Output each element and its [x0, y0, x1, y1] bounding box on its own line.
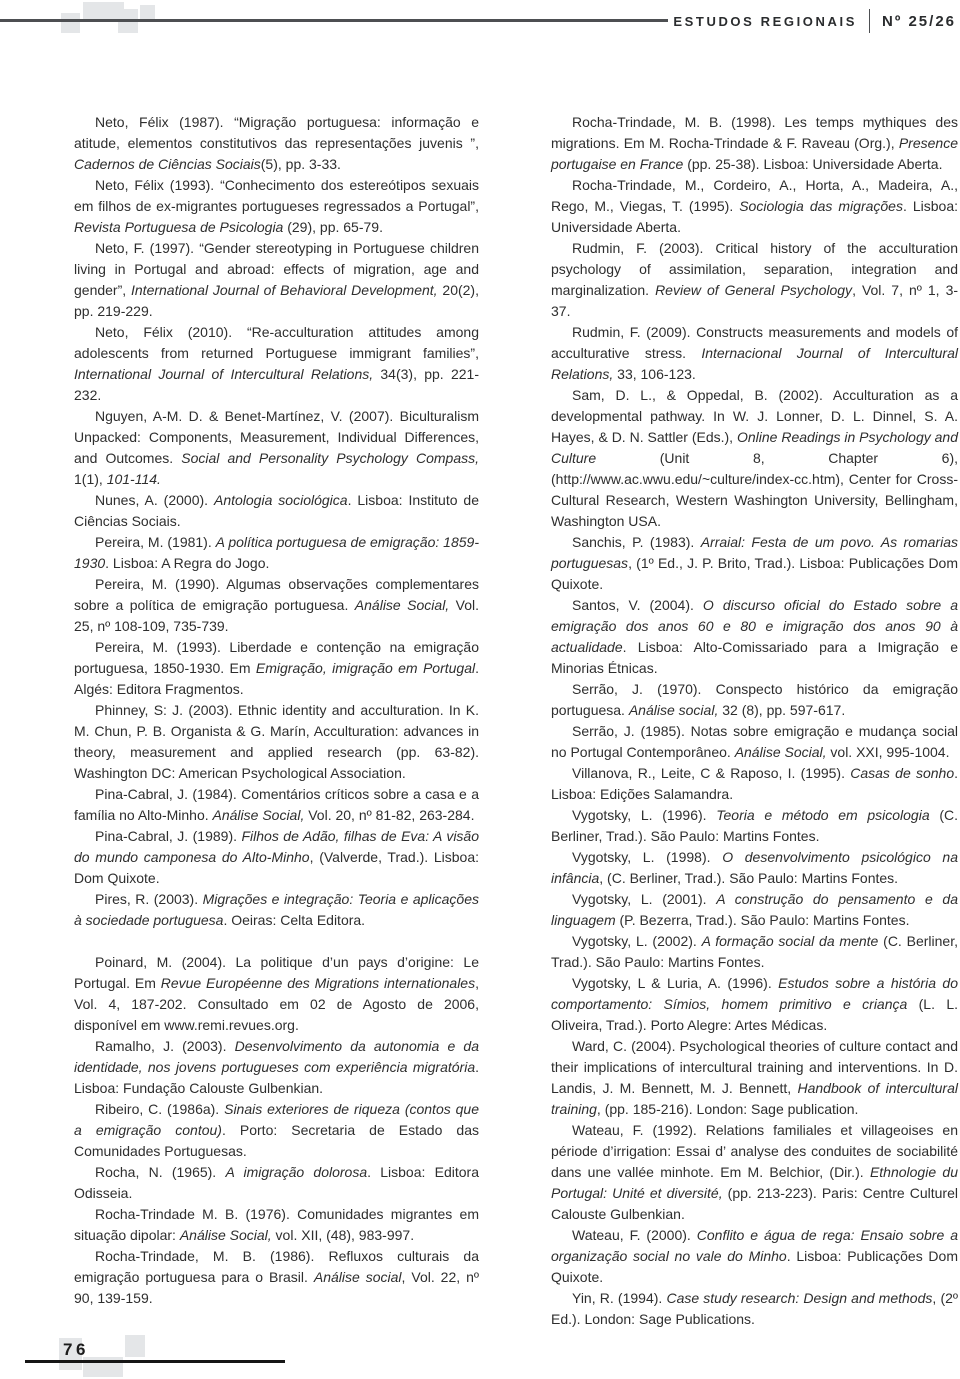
- reference-entry: Yin, R. (1994). Case study research: Des…: [551, 1288, 958, 1330]
- reference-text-segment: Ribeiro, C. (1986a).: [95, 1101, 224, 1117]
- reference-entry: Pires, R. (2003). Migrações e integração…: [74, 889, 479, 931]
- reference-title-segment: Análise Social,: [213, 807, 305, 823]
- reference-entry: Vygotsky, L. (2002). A formação social d…: [551, 931, 958, 973]
- page-number: 76: [63, 1340, 89, 1360]
- reference-entry: Rocha-Trindade M. B. (1976). Comunidades…: [74, 1204, 479, 1246]
- reference-entry: Poinard, M. (2004). La politique d’un pa…: [74, 952, 479, 1036]
- header-rule: [0, 19, 668, 22]
- reference-entry: Rocha, N. (1965). A imigração dolorosa. …: [74, 1162, 479, 1204]
- reference-text-segment: vol. XII, (48), 983-997.: [272, 1227, 414, 1243]
- reference-entry: Ribeiro, C. (1986a). Sinais exteriores d…: [74, 1099, 479, 1162]
- reference-text-segment: Vygotsky, L. (2002).: [572, 933, 702, 949]
- reference-entry: Pereira, M. (1981). A política portugues…: [74, 532, 479, 574]
- reference-entry: Vygotsky, L & Luria, A. (1996). Estudos …: [551, 973, 958, 1036]
- reference-entry: Neto, F. (1997). “Gender stereotyping in…: [74, 238, 479, 322]
- reference-title-segment: Análise Social,: [735, 744, 827, 760]
- reference-text-segment: vol. XXI, 995-1004.: [827, 744, 950, 760]
- reference-text-segment: Rocha, N. (1965).: [95, 1164, 225, 1180]
- reference-text-segment: Yin, R. (1994).: [572, 1290, 666, 1306]
- reference-text-segment: 32 (8), pp. 597-617.: [718, 702, 845, 718]
- reference-text-segment: (5), pp. 3-33.: [261, 156, 341, 172]
- reference-entry: Ward, C. (2004). Psychological theories …: [551, 1036, 958, 1120]
- reference-entry: Wateau, F. (1992). Relations familiales …: [551, 1120, 958, 1225]
- reference-title-segment: Análise Social,: [355, 597, 449, 613]
- reference-title-segment: Análise social,: [629, 702, 719, 718]
- reference-entry: Santos, V. (2004). O discurso oficial do…: [551, 595, 958, 679]
- reference-title-segment: Case study research: Design and methods: [666, 1290, 932, 1306]
- reference-title-segment: Análise social: [314, 1269, 402, 1285]
- reference-text-segment: Neto, Félix (2010). “Re-acculturation at…: [74, 324, 479, 361]
- reference-text-segment: 1(1),: [74, 471, 107, 487]
- journal-title: ESTUDOS REGIONAIS: [673, 14, 857, 29]
- reference-text-segment: Pina-Cabral, J. (1989).: [95, 828, 241, 844]
- reference-title-segment: Review of General Psychology: [655, 282, 852, 298]
- reference-text-segment: Vygotsky, L & Luria, A. (1996).: [572, 975, 778, 991]
- reference-text-segment: Neto, Félix (1987). “Migração portuguesa…: [74, 114, 479, 151]
- reference-text-segment: Vygotsky, L. (1998).: [572, 849, 722, 865]
- reference-title-segment: Social and Personality Psychology Compas…: [181, 450, 479, 466]
- reference-title-segment: A formação social da mente: [702, 933, 879, 949]
- reference-entry: Neto, Félix (1993). “Conhecimento dos es…: [74, 175, 479, 238]
- reference-text-segment: (Unit 8, Chapter 6), (http://www.ac.wwu.…: [551, 450, 958, 529]
- reference-entry: Serrão, J. (1985). Notas sobre emigração…: [551, 721, 958, 763]
- reference-text-segment: (P. Bezerra, Trad.). São Paulo: Martins …: [616, 912, 910, 928]
- reference-text-segment: (pp. 25-38). Lisboa: Universidade Aberta…: [683, 156, 942, 172]
- reference-entry: Rudmin, F. (2009). Constructs measuremen…: [551, 322, 958, 385]
- reference-entry: Neto, Félix (2010). “Re-acculturation at…: [74, 322, 479, 406]
- reference-entry: Sanchis, P. (1983). Arraial: Festa de um…: [551, 532, 958, 595]
- reference-entry: Rudmin, F. (2003). Critical history of t…: [551, 238, 958, 322]
- reference-entry: Vygotsky, L. (2001). A construção do pen…: [551, 889, 958, 931]
- reference-title-segment: 101-114.: [107, 471, 161, 487]
- reference-title-segment: A imigração dolorosa: [225, 1164, 367, 1180]
- reference-text-segment: (29), pp. 65-79.: [283, 219, 383, 235]
- header-separator: [869, 9, 870, 33]
- reference-entry: Rocha-Trindade, M. B. (1998). Les temps …: [551, 112, 958, 175]
- reference-entry: Rocha-Trindade, M. B. (1986). Refluxos c…: [74, 1246, 479, 1309]
- reference-text-segment: . Lisboa: A Regra do Jogo.: [105, 555, 269, 571]
- reference-entry: Wateau, F. (2000). Conflito e água de re…: [551, 1225, 958, 1288]
- reference-entry: Sam, D. L., & Oppedal, B. (2002). Accult…: [551, 385, 958, 532]
- reference-text-segment: Villanova, R., Leite, C & Raposo, I. (19…: [572, 765, 850, 781]
- decor-square: [124, 9, 138, 19]
- reference-title-segment: Revista Portuguesa de Psicologia: [74, 219, 283, 235]
- reference-entry: Pereira, M. (1993). Liberdade e contençã…: [74, 637, 479, 700]
- reference-title-segment: Sociologia das migrações: [739, 198, 903, 214]
- reference-text-segment: . Oeiras: Celta Editora.: [223, 912, 365, 928]
- references-column-left: Neto, Félix (1987). “Migração portuguesa…: [74, 112, 479, 1309]
- reference-title-segment: Cadernos de Ciências Sociais: [74, 156, 261, 172]
- reference-entry: Pina-Cabral, J. (1984). Comentários crít…: [74, 784, 479, 826]
- reference-entry: Villanova, R., Leite, C & Raposo, I. (19…: [551, 763, 958, 805]
- reference-title-segment: Casas de sonho: [850, 765, 954, 781]
- reference-title-segment: Emigração, imigração em Portugal: [256, 660, 475, 676]
- reference-text-segment: Neto, Félix (1993). “Conhecimento dos es…: [74, 177, 479, 214]
- reference-entry: Serrão, J. (1970). Conspecto histórico d…: [551, 679, 958, 721]
- decor-square: [125, 1335, 145, 1357]
- reference-title-segment: Revue Européenne des Migrations internat…: [161, 975, 475, 991]
- reference-title-segment: Antologia sociológica: [214, 492, 348, 508]
- issue-number: Nº 25/26: [882, 13, 956, 30]
- reference-text-segment: Phinney, S: J. (2003). Ethnic identity a…: [74, 702, 479, 781]
- reference-text-segment: Ramalho, J. (2003).: [95, 1038, 235, 1054]
- reference-text-segment: , (pp. 185-216). London: Sage publicatio…: [597, 1101, 859, 1117]
- reference-entry: Vygotsky, L. (1996). Teoria e método em …: [551, 805, 958, 847]
- reference-entry: Nguyen, A-M. D. & Benet-Martínez, V. (20…: [74, 406, 479, 490]
- reference-entry: Nunes, A. (2000). Antologia sociológica.…: [74, 490, 479, 532]
- reference-entry: Pina-Cabral, J. (1989). Filhos de Adão, …: [74, 826, 479, 889]
- reference-text-segment: Wateau, F. (2000).: [572, 1227, 697, 1243]
- reference-text-segment: 33, 106-123.: [613, 366, 696, 382]
- reference-text-segment: Pires, R. (2003).: [95, 891, 203, 907]
- reference-title-segment: International Journal of Behavioral Deve…: [131, 282, 438, 298]
- reference-entry: Vygotsky, L. (1998). O desenvolvimento p…: [551, 847, 958, 889]
- header-text: ESTUDOS REGIONAIS Nº 25/26: [673, 8, 956, 34]
- reference-title-segment: International Journal of Intercultural R…: [74, 366, 373, 382]
- references-column-right: Rocha-Trindade, M. B. (1998). Les temps …: [551, 112, 958, 1330]
- reference-text-segment: Santos, V. (2004).: [572, 597, 703, 613]
- reference-title-segment: Análise Social,: [180, 1227, 272, 1243]
- decor-square: [83, 2, 124, 19]
- reference-entry: Pereira, M. (1990). Algumas observações …: [74, 574, 479, 637]
- reference-text-segment: Rocha-Trindade, M. B. (1998). Les temps …: [551, 114, 958, 151]
- reference-title-segment: Teoria e método em psicologia: [716, 807, 929, 823]
- decor-square: [140, 5, 155, 19]
- reference-entry: Neto, Félix (1987). “Migração portuguesa…: [74, 112, 479, 175]
- reference-entry: Ramalho, J. (2003). Desenvolvimento da a…: [74, 1036, 479, 1099]
- reference-text-segment: Vol. 20, nº 81-82, 263-284.: [304, 807, 474, 823]
- reference-text-segment: Sanchis, P. (1983).: [572, 534, 701, 550]
- reference-text-segment: , (C. Berliner, Trad.). São Paulo: Marti…: [599, 870, 898, 886]
- reference-entry: Phinney, S: J. (2003). Ethnic identity a…: [74, 700, 479, 784]
- reference-text-segment: Vygotsky, L. (2001).: [572, 891, 716, 907]
- footer-rule: [25, 1360, 285, 1363]
- reference-text-segment: Vygotsky, L. (1996).: [572, 807, 716, 823]
- reference-entry: Rocha-Trindade, M., Cordeiro, A., Horta,…: [551, 175, 958, 238]
- reference-text-segment: Pereira, M. (1981).: [95, 534, 216, 550]
- decor-square: [61, 13, 80, 33]
- reference-text-segment: Nunes, A. (2000).: [95, 492, 214, 508]
